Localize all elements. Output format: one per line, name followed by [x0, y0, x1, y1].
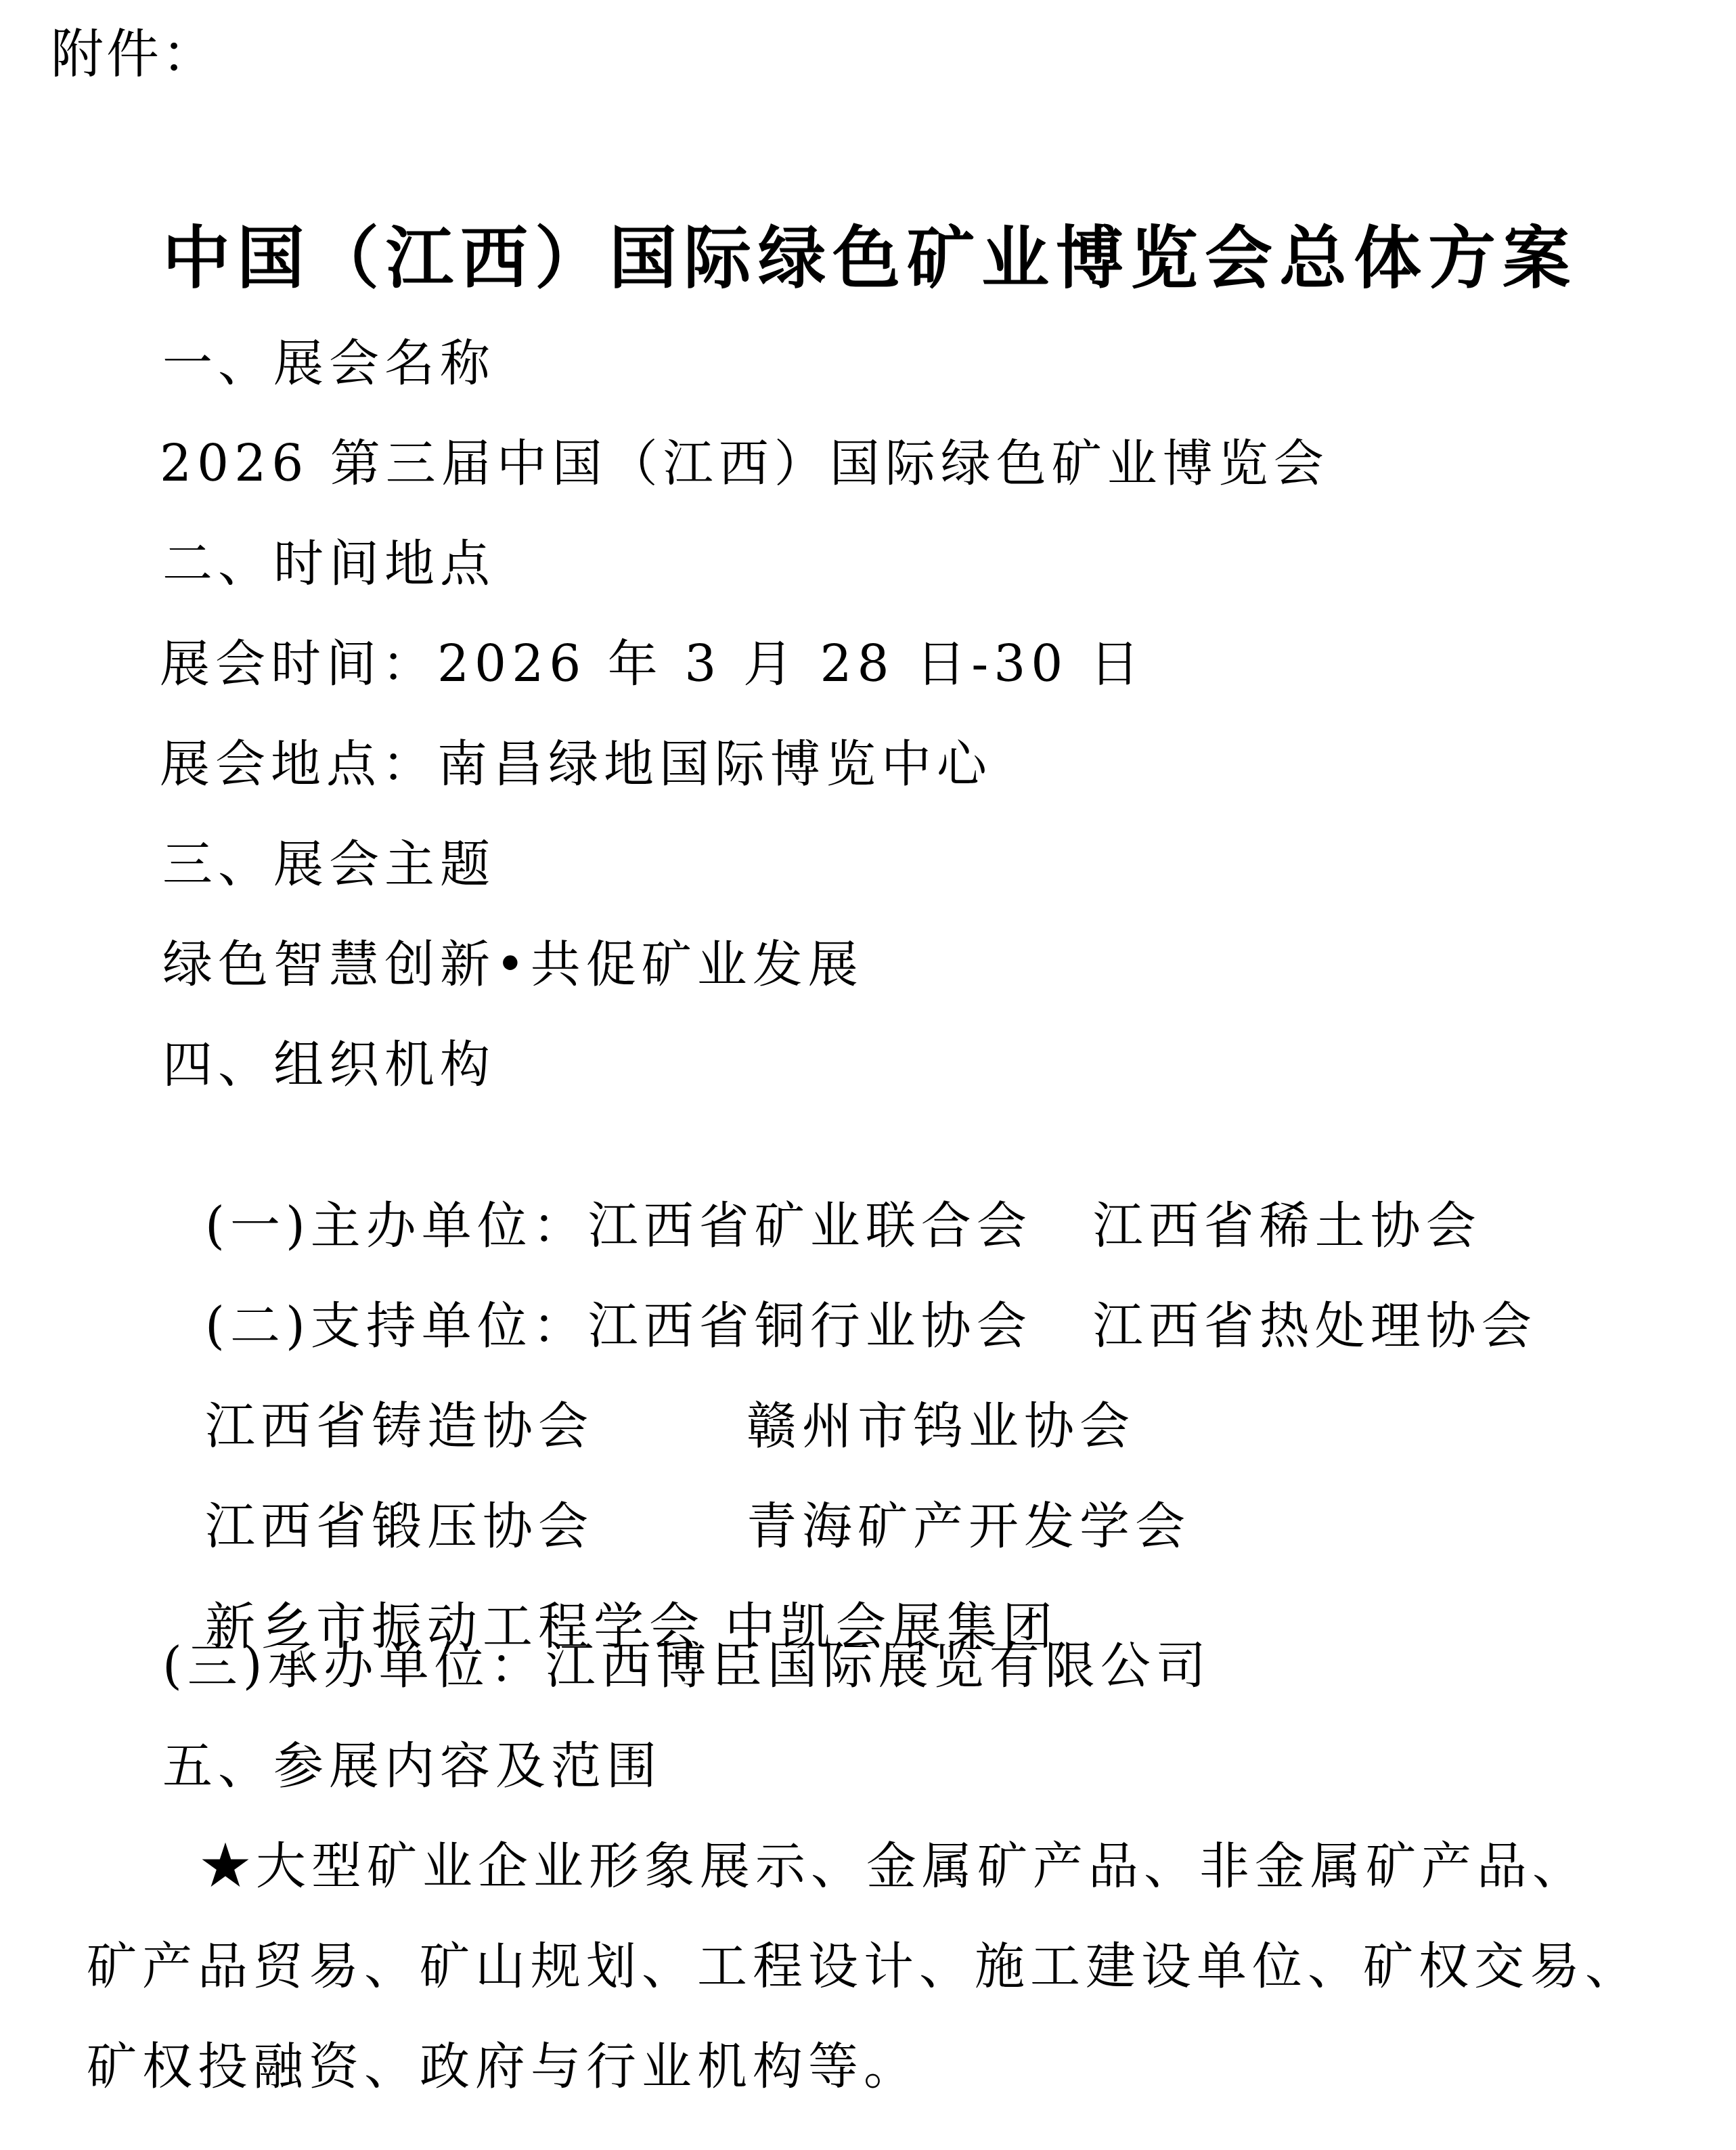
- attachment-label: 附件：: [51, 24, 217, 85]
- exhibition-time: 展会时间：2026 年 3 月 28 日-30 日: [160, 634, 1145, 695]
- section-2-heading: 二、时间地点: [162, 533, 495, 594]
- scope-paragraph-line: 矿权投融资、政府与行业机构等。: [87, 2036, 919, 2097]
- section-3-heading: 三、展会主题: [162, 834, 495, 895]
- exhibition-place: 展会地点：南昌绿地国际博览中心: [160, 734, 992, 795]
- document-title: 中国（江西）国际绿色矿业博览会总体方案: [162, 218, 1577, 299]
- scope-paragraph-line: ★大型矿业企业形象展示、金属矿产品、非金属矿产品、: [200, 1836, 1588, 1897]
- exhibition-name: 2026 第三届中国（江西）国际绿色矿业博览会: [160, 433, 1329, 494]
- section-5-heading: 五、参展内容及范围: [162, 1736, 662, 1797]
- section-4-heading: 四、组织机构: [162, 1034, 495, 1095]
- scope-paragraph-line: 矿产品贸易、矿山规划、工程设计、施工建设单位、矿权交易、: [87, 1936, 1641, 1997]
- section-1-heading: 一、展会名称: [162, 333, 495, 394]
- support-unit: 江西省热处理协会: [1093, 1297, 1537, 1355]
- exhibition-theme: 绿色智慧创新•共促矿业发展: [162, 934, 864, 995]
- organizer-unit: (三)承办单位：江西博臣国际展览有限公司: [162, 1636, 1211, 1696]
